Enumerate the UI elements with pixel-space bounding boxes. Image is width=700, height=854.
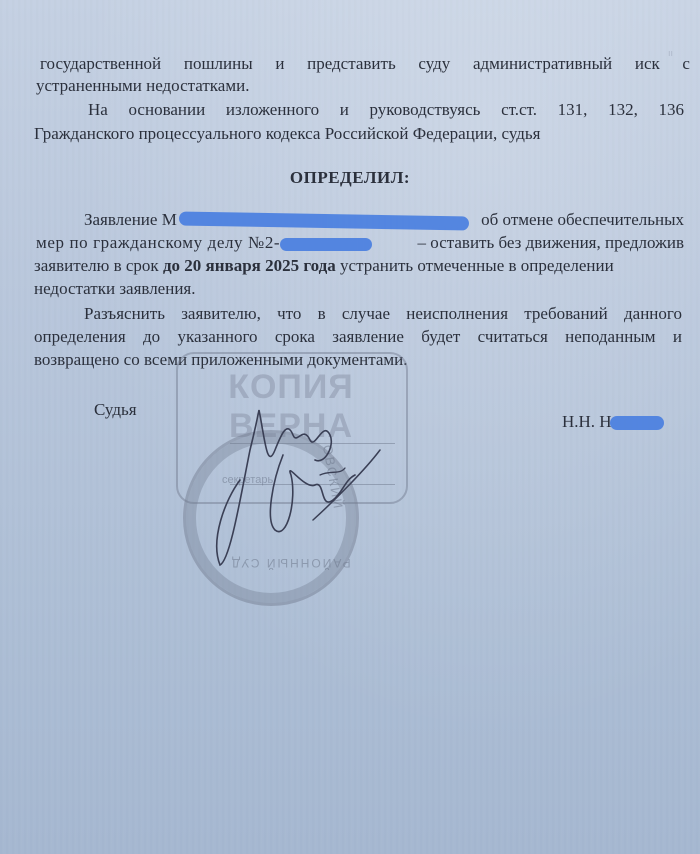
ruling-line-2-suffix: – оставить без движения, предложив [418,233,684,253]
word: требований [524,304,607,324]
judge-role-label: Судья [94,400,137,420]
word: ст.ст. [501,100,537,120]
ruling-paragraph-line-1: Заявление Моб отмене обеспечительных [84,210,684,230]
word: указанного [177,327,257,347]
word: и [673,327,682,347]
word: и [275,54,284,74]
word: административный [473,54,612,74]
document-page: ıı государственной пошлины и представить… [0,0,700,854]
ruling-line-3-prefix: заявителю в срок [34,256,163,275]
word: пошлины [184,54,253,74]
word: в [318,304,326,324]
word: что [277,304,301,324]
word: суду [418,54,450,74]
word: изложенного [226,100,319,120]
explanation-paragraph-line-2: определения до указанного срока заявлени… [34,327,682,347]
redacted-judge-surname [610,416,664,430]
word: до [143,327,160,347]
deadline-date: до 20 января 2025 года [163,256,336,275]
word: 131, [558,100,588,120]
word: заявителю, [181,304,261,324]
ruling-paragraph-line-2: мер по гражданскому делу №2-– оставить б… [36,233,684,253]
word: государственной [40,54,161,74]
word: руководствуясь [370,100,481,120]
redacted-case-number [280,238,372,251]
word: иск [635,54,660,74]
top-paragraph-line-2: устраненными недостатками. [36,76,249,96]
judge-signature [195,380,395,570]
word: определения [34,327,126,347]
ruling-paragraph-line-3: заявителю в срок до 20 января 2025 года … [34,256,684,276]
basis-paragraph-line-2: Гражданского процессуального кодекса Рос… [34,124,541,144]
ruling-heading: ОПРЕДЕЛИЛ: [0,168,700,188]
word: 136 [658,100,684,120]
judge-initials: Н.Н. Н [562,412,612,431]
word: Разъяснить [84,304,165,324]
word: и [340,100,349,120]
word: случае [342,304,390,324]
judge-name: Н.Н. Н [562,412,664,432]
word: 132, [608,100,638,120]
word: данного [624,304,682,324]
explanation-paragraph-line-1: Разъяснить заявителю, что в случае неисп… [84,304,682,324]
word: заявление [332,327,404,347]
ruling-line-3-suffix: устранить отмеченные в определении [336,256,614,275]
word: с [682,54,690,74]
basis-paragraph-line-1: На основании изложенного и руководствуяс… [88,100,684,120]
ruling-line-1-suffix: об отмене обеспечительных [481,210,684,230]
top-paragraph-line-1: государственной пошлины и представить су… [40,54,690,74]
word: неисполнения [406,304,508,324]
word: На [88,100,108,120]
case-number-prefix: мер по гражданскому делу №2- [36,233,280,252]
word: будет [421,327,460,347]
word: представить [307,54,396,74]
redacted-applicant-name [179,212,469,231]
ruling-paragraph-line-4: недостатки заявления. [34,279,196,299]
word: основании [129,100,206,120]
word: срока [275,327,315,347]
word: считаться [478,327,548,347]
word: неподанным [565,327,655,347]
applicant-prefix: Заявление М [84,210,177,229]
